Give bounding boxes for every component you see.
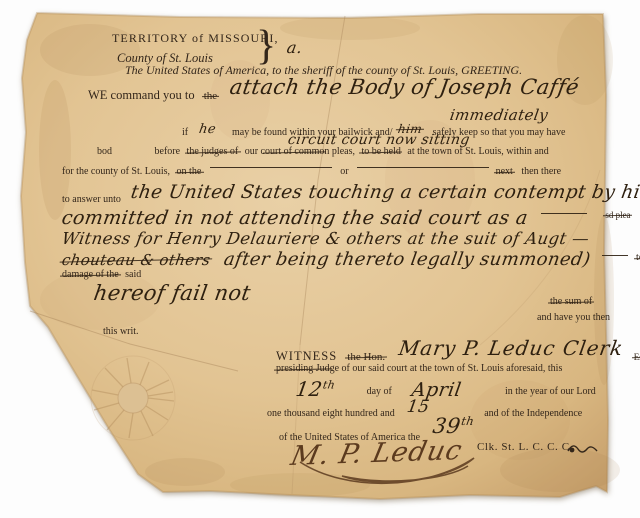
territory-heading: TERRITORY of MISSOURI,: [112, 31, 279, 46]
struck-hand-chouteau: chouteau & others: [61, 251, 212, 269]
print-before: before: [155, 146, 181, 157]
struck-the-sum-of: the sum of: [550, 296, 592, 307]
command-line: WE command you to the attach the Body of…: [88, 80, 579, 104]
dash-after-summoned: [602, 255, 628, 258]
hand-he: he: [197, 122, 216, 137]
print-to-answer: to answer unto: [62, 194, 121, 205]
bod-line: bod before the judges of our court of co…: [97, 146, 549, 157]
strike-blank-1: [210, 167, 332, 170]
hand-immediately: immediately: [449, 106, 550, 124]
hand-ordinal-39: 39th: [431, 414, 475, 438]
print-and-have-you: and have you then: [537, 312, 610, 323]
committed-line: committed in not attending the said cour…: [62, 207, 631, 230]
docket-mark: a.: [287, 38, 302, 58]
document-scan: TERRITORY of MISSOURI, } a. County of St…: [0, 0, 640, 518]
print-then-there: then there: [521, 166, 561, 177]
hand-attach-body: attach the Body of Joseph Caffé: [228, 75, 581, 99]
print-day-of: day of: [367, 386, 392, 397]
print-clerk-abbrev: Clk. St. L. C. C. C.: [477, 441, 573, 453]
thousand-line: one thousand eight hundred and 15 and of…: [267, 401, 582, 421]
hereof-line: hereof fail not: [94, 281, 251, 306]
day-line: 12th day of April in the year of our Lor…: [296, 377, 596, 401]
clerk-ornament-icon: [566, 443, 600, 457]
print-this-writ: this writ.: [103, 326, 139, 337]
struck-the-hon: the Hon.: [347, 351, 385, 363]
struck-esq: Esq.: [634, 352, 640, 362]
print-or: or: [340, 166, 348, 177]
answer-line: to answer unto the United States touchin…: [62, 186, 640, 207]
writ-line: this writ.: [103, 326, 139, 337]
struck-to-the: to the: [636, 252, 640, 263]
print-town-st-louis: at the town of St. Louis, within and: [407, 146, 548, 157]
signature-flourish: [296, 452, 496, 494]
hand-witness-delauriere: Witness for Henry Delauriere & others at…: [60, 229, 590, 248]
chouteau-line: chouteau & others after being thereto le…: [62, 249, 640, 270]
territory-text: TERRITORY of MISSOURI,: [112, 31, 279, 45]
hand-mary-leduc: Mary P. Leduc Clerk: [397, 336, 625, 360]
docket-mark-text: a.: [285, 38, 303, 57]
print-our-c: our c: [245, 146, 265, 157]
print-one-thousand: one thousand eight hundred and: [267, 408, 395, 419]
clerk-line: Clk. St. L. C. C. C.: [477, 441, 573, 453]
struck-presiding: presiding Jud: [276, 363, 330, 374]
hand-day-number: 12th: [294, 377, 336, 401]
print-independence: and of the Independence: [484, 408, 582, 419]
struck-court-common: ourt of commo: [265, 146, 324, 157]
struck-to-be-held: to be held: [361, 146, 400, 157]
struck-on-the: on the: [177, 166, 202, 177]
struck-word-the: the: [204, 90, 217, 102]
hand-committed: committed in not attending the said cour…: [60, 207, 529, 229]
have-line: and have you then: [537, 312, 610, 323]
hand-legally-summoned: after being thereto legally summoned): [223, 249, 593, 270]
county-of-line: for the county of St. Louis, on the or n…: [62, 166, 561, 177]
print-bod: bod: [97, 146, 112, 157]
we-command-text: WE command you to: [88, 88, 195, 102]
insert-immediately: immediately: [450, 106, 548, 125]
hand-hereof-fail-not: hereof fail not: [92, 281, 252, 305]
hand-united-states-contempt: the United States touching a certain con…: [130, 182, 640, 203]
sum-line: the sum of: [550, 296, 592, 307]
struck-sd-plea: sd plea: [605, 210, 630, 220]
print-of-our-court: ge of our said court at the town of St. …: [330, 363, 563, 374]
struck-next: next: [496, 166, 513, 177]
struck-damage: damage of the: [62, 269, 119, 280]
witness-line: WITNESS the Hon. Mary P. Leduc Clerk Esq…: [276, 341, 640, 365]
print-if: if: [182, 127, 188, 138]
print-witness: WITNESS: [276, 349, 337, 363]
print-year-of-lord: in the year of our Lord: [505, 386, 596, 397]
hand-year-15: 15: [406, 397, 432, 417]
judge-line: presiding Judge of our said court at the…: [276, 363, 562, 374]
witness-suit-line: Witness for Henry Delauriere & others at…: [62, 229, 589, 249]
print-for-county: for the county of St. Louis,: [62, 166, 170, 177]
struck-judges-of: the judges of: [187, 146, 239, 157]
strike-blank-2: [357, 167, 489, 170]
print-pleas: n pleas,: [324, 146, 355, 157]
damage-line: damage of the said: [62, 269, 141, 280]
hand-dash: [541, 213, 587, 216]
print-said: said: [125, 269, 141, 280]
